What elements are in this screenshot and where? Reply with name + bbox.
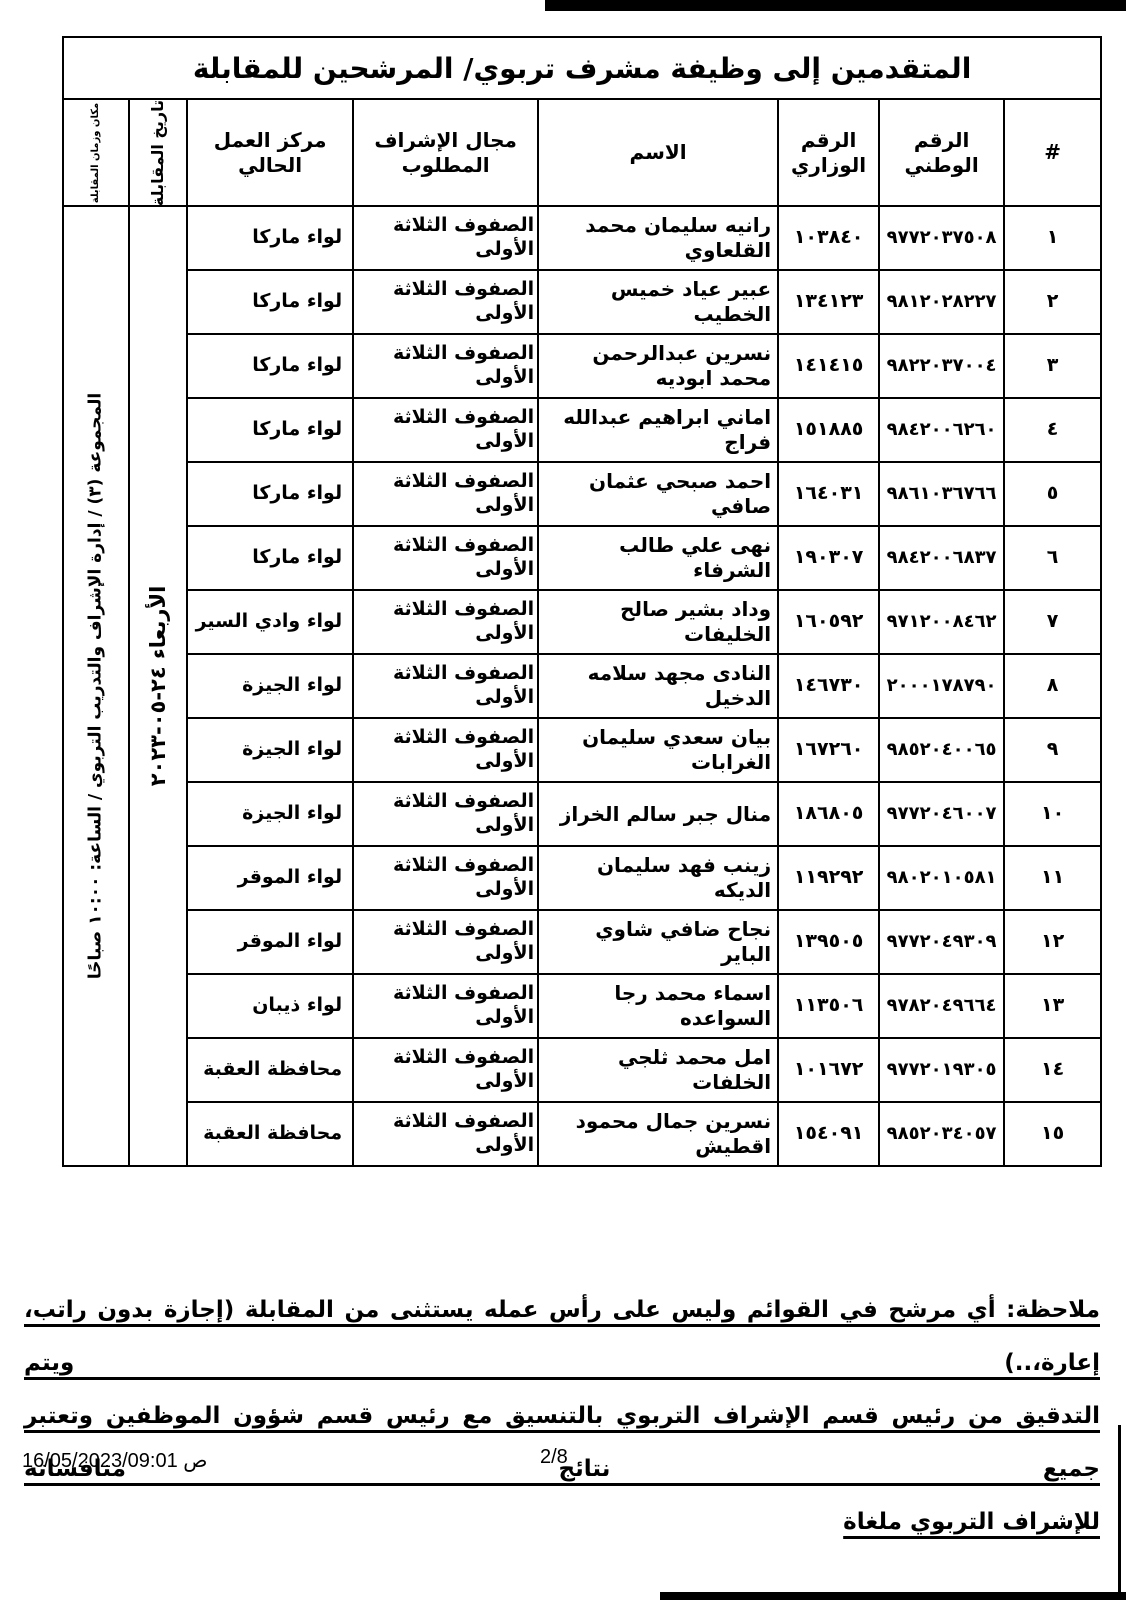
note-line-2: التدقيق من رئيس قسم الإشراف التربوي بالت…	[24, 1390, 1100, 1496]
cell-ministry-id: ١٥١٨٨٥	[778, 398, 879, 462]
cell-center: لواء الجيزة	[187, 654, 353, 718]
interview-place-value: المجموعة (٣) / إدارة الإشراف والتدريب ال…	[85, 393, 106, 979]
cell-ministry-id: ١٤١٤١٥	[778, 334, 879, 398]
table-row: ٤٩٨٤٢٠٠٦٢٦٠١٥١٨٨٥اماني ابراهيم عبدالله ف…	[63, 398, 1101, 462]
cell-name: اسماء محمد رجا السواعده	[538, 974, 778, 1038]
cell-field: الصفوف الثلاثة الأولى	[353, 206, 538, 270]
header-interview-place-label: مكان وزمان المقابلة	[90, 102, 103, 202]
header-interview-date: تاريخ المقابلة	[129, 99, 187, 206]
footer-page-number: 2/8	[540, 1446, 568, 1469]
cell-field: الصفوف الثلاثة الأولى	[353, 398, 538, 462]
cell-national-id: ٩٨٦١٠٣٦٧٦٦	[879, 462, 1004, 526]
cell-field: الصفوف الثلاثة الأولى	[353, 526, 538, 590]
applicants-table: المتقدمين إلى وظيفة مشرف تربوي/ المرشحين…	[62, 36, 1102, 1167]
note-line-3: للإشراف التربوي ملغاة	[24, 1496, 1100, 1549]
table-row: ٩٩٨٥٢٠٤٠٠٦٥١٦٧٢٦٠بيان سعدي سليمان الغراب…	[63, 718, 1101, 782]
cell-index: ٨	[1004, 654, 1101, 718]
header-ministry-id: الرقم الوزاري	[778, 99, 879, 206]
cell-center: لواء ماركا	[187, 334, 353, 398]
cell-national-id: ٩٧٧٢٠١٩٣٠٥	[879, 1038, 1004, 1102]
cell-national-id: ٩٨٠٢٠١٠٥٨١	[879, 846, 1004, 910]
cell-name: نجاح ضافي شاوي الباير	[538, 910, 778, 974]
cell-name: نهى علي طالب الشرفاء	[538, 526, 778, 590]
cell-name: زينب فهد سليمان الديكه	[538, 846, 778, 910]
cell-center: لواء الموقر	[187, 846, 353, 910]
cell-ministry-id: ١٣٩٥٠٥	[778, 910, 879, 974]
cell-ministry-id: ١١٣٥٠٦	[778, 974, 879, 1038]
cell-ministry-id: ١٨٦٨٠٥	[778, 782, 879, 846]
cell-index: ٢	[1004, 270, 1101, 334]
cell-field: الصفوف الثلاثة الأولى	[353, 334, 538, 398]
cell-ministry-id: ١٦٤٠٣١	[778, 462, 879, 526]
cell-center: لواء ماركا	[187, 270, 353, 334]
bottom-scan-artifact-bar	[660, 1592, 1126, 1600]
cell-center: لواء ماركا	[187, 526, 353, 590]
cell-field: الصفوف الثلاثة الأولى	[353, 974, 538, 1038]
cell-index: ١٥	[1004, 1102, 1101, 1166]
cell-name: امل محمد ثلجي الخلفات	[538, 1038, 778, 1102]
cell-center: محافظة العقبة	[187, 1038, 353, 1102]
cell-center: لواء ماركا	[187, 462, 353, 526]
table-row: ١٢٩٧٧٢٠٤٩٣٠٩١٣٩٥٠٥نجاح ضافي شاوي البايرا…	[63, 910, 1101, 974]
cell-field: الصفوف الثلاثة الأولى	[353, 782, 538, 846]
cell-national-id: ٩٧٧٢٠٤٦٠٠٧	[879, 782, 1004, 846]
cell-center: لواء ذيبان	[187, 974, 353, 1038]
top-scan-artifact-bar	[545, 0, 1126, 11]
cell-index: ١١	[1004, 846, 1101, 910]
header-national-id: الرقم الوطني	[879, 99, 1004, 206]
right-edge-scan-line	[1118, 1425, 1121, 1600]
table-row: ١٥٩٨٥٢٠٣٤٠٥٧١٥٤٠٩١نسرين جمال محمود اقطيش…	[63, 1102, 1101, 1166]
cell-ministry-id: ١٩٠٣٠٧	[778, 526, 879, 590]
page-title: المتقدمين إلى وظيفة مشرف تربوي/ المرشحين…	[63, 37, 1101, 99]
cell-field: الصفوف الثلاثة الأولى	[353, 654, 538, 718]
cell-national-id: ٩٨٤٢٠٠٦٢٦٠	[879, 398, 1004, 462]
header-name: الاسم	[538, 99, 778, 206]
cell-name: النادى مجهد سلامه الدخيل	[538, 654, 778, 718]
cell-field: الصفوف الثلاثة الأولى	[353, 270, 538, 334]
header-interview-date-label: تاريخ المقابلة	[148, 99, 168, 205]
cell-field: الصفوف الثلاثة الأولى	[353, 846, 538, 910]
scanned-document-page: { "document": { "title": "المتقدمين إلى …	[0, 0, 1126, 1600]
cell-field: الصفوف الثلاثة الأولى	[353, 462, 538, 526]
table-row: ١١٩٨٠٢٠١٠٥٨١١١٩٢٩٢زينب فهد سليمان الديكه…	[63, 846, 1101, 910]
cell-index: ٤	[1004, 398, 1101, 462]
table-row: ٣٩٨٢٢٠٣٧٠٠٤١٤١٤١٥نسرين عبدالرحمن محمد اب…	[63, 334, 1101, 398]
table-row: ٦٩٨٤٢٠٠٦٨٣٧١٩٠٣٠٧نهى علي طالب الشرفاءالص…	[63, 526, 1101, 590]
cell-field: الصفوف الثلاثة الأولى	[353, 590, 538, 654]
cell-index: ٧	[1004, 590, 1101, 654]
applicants-table-wrap: المتقدمين إلى وظيفة مشرف تربوي/ المرشحين…	[62, 36, 1102, 1167]
cell-national-id: ٩٨١٢٠٢٨٢٢٧	[879, 270, 1004, 334]
cell-field: الصفوف الثلاثة الأولى	[353, 910, 538, 974]
cell-name: رانيه سليمان محمد القلعاوي	[538, 206, 778, 270]
cell-national-id: ٩٧٧٢٠٣٧٥٠٨	[879, 206, 1004, 270]
table-title-row: المتقدمين إلى وظيفة مشرف تربوي/ المرشحين…	[63, 37, 1101, 99]
cell-national-id: ٩٨٤٢٠٠٦٨٣٧	[879, 526, 1004, 590]
cell-national-id: ٩٨٥٢٠٤٠٠٦٥	[879, 718, 1004, 782]
cell-national-id: ٢٠٠٠١٧٨٧٩٠	[879, 654, 1004, 718]
cell-center: لواء ماركا	[187, 398, 353, 462]
cell-name: عبير عياد خميس الخطيب	[538, 270, 778, 334]
header-work-center: مركز العمل الحالي	[187, 99, 353, 206]
note-line-1: ملاحظة: أي مرشح في القوائم وليس على رأس …	[24, 1284, 1100, 1390]
header-supervision-field: مجال الإشراف المطلوب	[353, 99, 538, 206]
header-interview-place: مكان وزمان المقابلة	[63, 99, 129, 206]
cell-name: نسرين عبدالرحمن محمد ابوديه	[538, 334, 778, 398]
cell-index: ٥	[1004, 462, 1101, 526]
cell-ministry-id: ١١٩٢٩٢	[778, 846, 879, 910]
cell-national-id: ٩٨٢٢٠٣٧٠٠٤	[879, 334, 1004, 398]
cell-field: الصفوف الثلاثة الأولى	[353, 1038, 538, 1102]
cell-ministry-id: ١٠٣٨٤٠	[778, 206, 879, 270]
cell-index: ١٢	[1004, 910, 1101, 974]
table-row: ٧٩٧١٢٠٠٨٤٦٢١٦٠٥٩٢وداد بشير صالح الخليفات…	[63, 590, 1101, 654]
cell-name: اماني ابراهيم عبدالله فراج	[538, 398, 778, 462]
table-row: ١٤٩٧٧٢٠١٩٣٠٥١٠١٦٧٢امل محمد ثلجي الخلفاتا…	[63, 1038, 1101, 1102]
cell-center: لواء وادي السير	[187, 590, 353, 654]
cell-name: وداد بشير صالح الخليفات	[538, 590, 778, 654]
interview-place-cell: المجموعة (٣) / إدارة الإشراف والتدريب ال…	[63, 206, 129, 1166]
note-block: ملاحظة: أي مرشح في القوائم وليس على رأس …	[24, 1284, 1100, 1549]
cell-index: ١	[1004, 206, 1101, 270]
cell-name: بيان سعدي سليمان الغرابات	[538, 718, 778, 782]
cell-national-id: ٩٧١٢٠٠٨٤٦٢	[879, 590, 1004, 654]
table-row: ١٠٩٧٧٢٠٤٦٠٠٧١٨٦٨٠٥منال جبر سالم الخرازال…	[63, 782, 1101, 846]
cell-name: احمد صبحي عثمان صافي	[538, 462, 778, 526]
cell-name: منال جبر سالم الخراز	[538, 782, 778, 846]
cell-national-id: ٩٨٥٢٠٣٤٠٥٧	[879, 1102, 1004, 1166]
table-header-row: # الرقم الوطني الرقم الوزاري الاسم مجال …	[63, 99, 1101, 206]
cell-national-id: ٩٧٨٢٠٤٩٦٦٤	[879, 974, 1004, 1038]
cell-center: محافظة العقبة	[187, 1102, 353, 1166]
cell-index: ١٠	[1004, 782, 1101, 846]
cell-field: الصفوف الثلاثة الأولى	[353, 1102, 538, 1166]
cell-national-id: ٩٧٧٢٠٤٩٣٠٩	[879, 910, 1004, 974]
table-row: ٥٩٨٦١٠٣٦٧٦٦١٦٤٠٣١احمد صبحي عثمان صافيالص…	[63, 462, 1101, 526]
cell-index: ١٤	[1004, 1038, 1101, 1102]
cell-index: ٩	[1004, 718, 1101, 782]
interview-date-cell: الأربعاء ٢٤-٠٥-٢٠٢٣	[129, 206, 187, 1166]
cell-ministry-id: ١٦٠٥٩٢	[778, 590, 879, 654]
table-row: ١٩٧٧٢٠٣٧٥٠٨١٠٣٨٤٠رانيه سليمان محمد القلع…	[63, 206, 1101, 270]
cell-ministry-id: ١٦٧٢٦٠	[778, 718, 879, 782]
footer-timestamp: 16/05/2023/09:01 ص	[22, 1448, 207, 1473]
cell-index: ١٣	[1004, 974, 1101, 1038]
cell-index: ٣	[1004, 334, 1101, 398]
cell-name: نسرين جمال محمود اقطيش	[538, 1102, 778, 1166]
table-row: ٢٩٨١٢٠٢٨٢٢٧١٣٤١٢٣عبير عياد خميس الخطيبال…	[63, 270, 1101, 334]
cell-index: ٦	[1004, 526, 1101, 590]
table-row: ١٣٩٧٨٢٠٤٩٦٦٤١١٣٥٠٦اسماء محمد رجا السواعد…	[63, 974, 1101, 1038]
table-row: ٨٢٠٠٠١٧٨٧٩٠١٤٦٧٣٠النادى مجهد سلامه الدخي…	[63, 654, 1101, 718]
cell-ministry-id: ١٠١٦٧٢	[778, 1038, 879, 1102]
header-index: #	[1004, 99, 1101, 206]
cell-center: لواء الموقر	[187, 910, 353, 974]
cell-ministry-id: ١٥٤٠٩١	[778, 1102, 879, 1166]
cell-center: لواء الجيزة	[187, 718, 353, 782]
cell-ministry-id: ١٣٤١٢٣	[778, 270, 879, 334]
cell-ministry-id: ١٤٦٧٣٠	[778, 654, 879, 718]
cell-center: لواء ماركا	[187, 206, 353, 270]
cell-field: الصفوف الثلاثة الأولى	[353, 718, 538, 782]
cell-center: لواء الجيزة	[187, 782, 353, 846]
interview-date-value: الأربعاء ٢٤-٠٥-٢٠٢٣	[145, 586, 171, 787]
